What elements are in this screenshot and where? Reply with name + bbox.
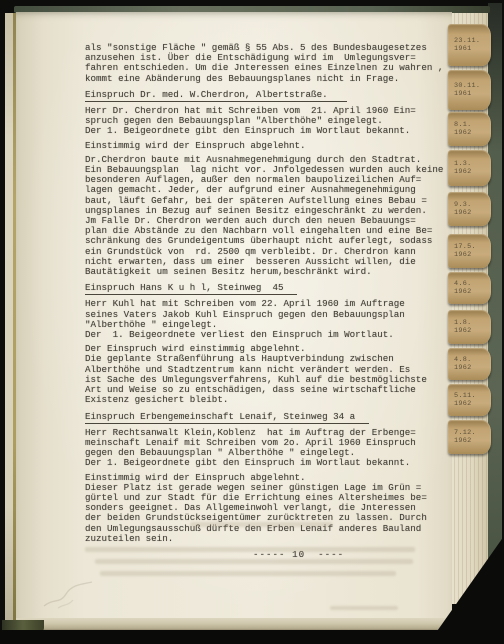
- paragraph-kuhl-filing: Herr Kuhl hat mit Schreiben vom 22. Apri…: [85, 299, 457, 340]
- tab-date: 8.1.: [454, 121, 491, 129]
- paragraph-cherdron-vote: Einstimmig wird der Einspruch abgelehnt.: [85, 141, 457, 151]
- index-tab[interactable]: 9.3. 1962: [448, 192, 491, 226]
- book-photo: { "document": { "sections": [ {"type":"p…: [0, 0, 504, 644]
- document-page: als "sonstige Fläche " gemäß § 55 Abs. 5…: [16, 12, 452, 620]
- paragraph-cherdron-reason: Dr.Cherdron baute mit Ausnahmegenehmigun…: [85, 155, 457, 277]
- paragraph-kuhl-reason: Der Einspruch wird einstimmig abgelehnt.…: [85, 344, 457, 405]
- paragraph-lenaif-reason: Einstimmig wird der Einspruch abgelehnt.…: [85, 473, 457, 544]
- index-tab[interactable]: 4.8. 1962: [448, 348, 491, 380]
- binding-page-sliver: [5, 13, 13, 629]
- tab-date: 1.8.: [454, 319, 491, 327]
- bleedthrough-line: [85, 547, 415, 552]
- heading-einspruch-kuhl: Einspruch Hans K u h l, Steinweg 45: [85, 283, 297, 295]
- bleedthrough-line: [190, 522, 332, 527]
- tab-date: 23.11.: [454, 37, 491, 45]
- tab-date: 4.8.: [454, 356, 491, 364]
- pencil-mark: [40, 578, 96, 612]
- tab-date: 4.6.: [454, 280, 491, 288]
- tab-date: 5.11.: [454, 392, 491, 400]
- tab-year: 1962: [454, 437, 491, 445]
- tab-year: 1961: [454, 45, 491, 53]
- heading-einspruch-lenaif: Einspruch Erbengemeinschaft Lenaif, Stei…: [85, 412, 369, 424]
- typed-content: als "sonstige Fläche " gemäß § 55 Abs. 5…: [85, 43, 457, 560]
- background-bottom: [0, 630, 504, 644]
- tab-date: 1.3.: [454, 160, 491, 168]
- tab-year: 1962: [454, 327, 491, 335]
- tab-year: 1962: [454, 288, 491, 296]
- tab-date: 17.5.: [454, 243, 491, 251]
- bleedthrough-dashes: [330, 606, 398, 610]
- bleedthrough-line: [100, 571, 396, 576]
- index-tab[interactable]: 5.11. 1962: [448, 384, 491, 416]
- bleedthrough-line: [95, 559, 413, 564]
- paragraph-intro: als "sonstige Fläche " gemäß § 55 Abs. 5…: [85, 43, 457, 84]
- index-tab[interactable]: 8.1. 1962: [448, 112, 491, 146]
- tab-date: 30.11.: [454, 82, 491, 90]
- tab-year: 1962: [454, 364, 491, 372]
- index-tab[interactable]: 17.5. 1962: [448, 234, 491, 268]
- index-tab[interactable]: 7.12. 1962: [448, 420, 491, 454]
- paragraph-lenaif-filing: Herr Rechtsanwalt Klein,Koblenz hat im A…: [85, 428, 457, 469]
- index-tab[interactable]: 4.6. 1962: [448, 272, 491, 304]
- heading-einspruch-cherdron: Einspruch Dr. med. W.Cherdron, Albertstr…: [85, 90, 347, 102]
- tab-date: 7.12.: [454, 429, 491, 437]
- index-tab[interactable]: 23.11. 1961: [448, 24, 491, 66]
- tab-year: 1962: [454, 129, 491, 137]
- paragraph-cherdron-filing: Herr Dr. Cherdron hat mit Schreiben vom …: [85, 106, 457, 137]
- tab-year: 1961: [454, 90, 491, 98]
- tab-date: 9.3.: [454, 201, 491, 209]
- index-tab[interactable]: 30.11. 1961: [448, 70, 491, 110]
- tab-year: 1962: [454, 251, 491, 259]
- index-tab[interactable]: 1.3. 1962: [448, 150, 491, 186]
- index-tab[interactable]: 1.8. 1962: [448, 310, 491, 344]
- tab-year: 1962: [454, 400, 491, 408]
- tab-year: 1962: [454, 168, 491, 176]
- tab-year: 1962: [454, 209, 491, 217]
